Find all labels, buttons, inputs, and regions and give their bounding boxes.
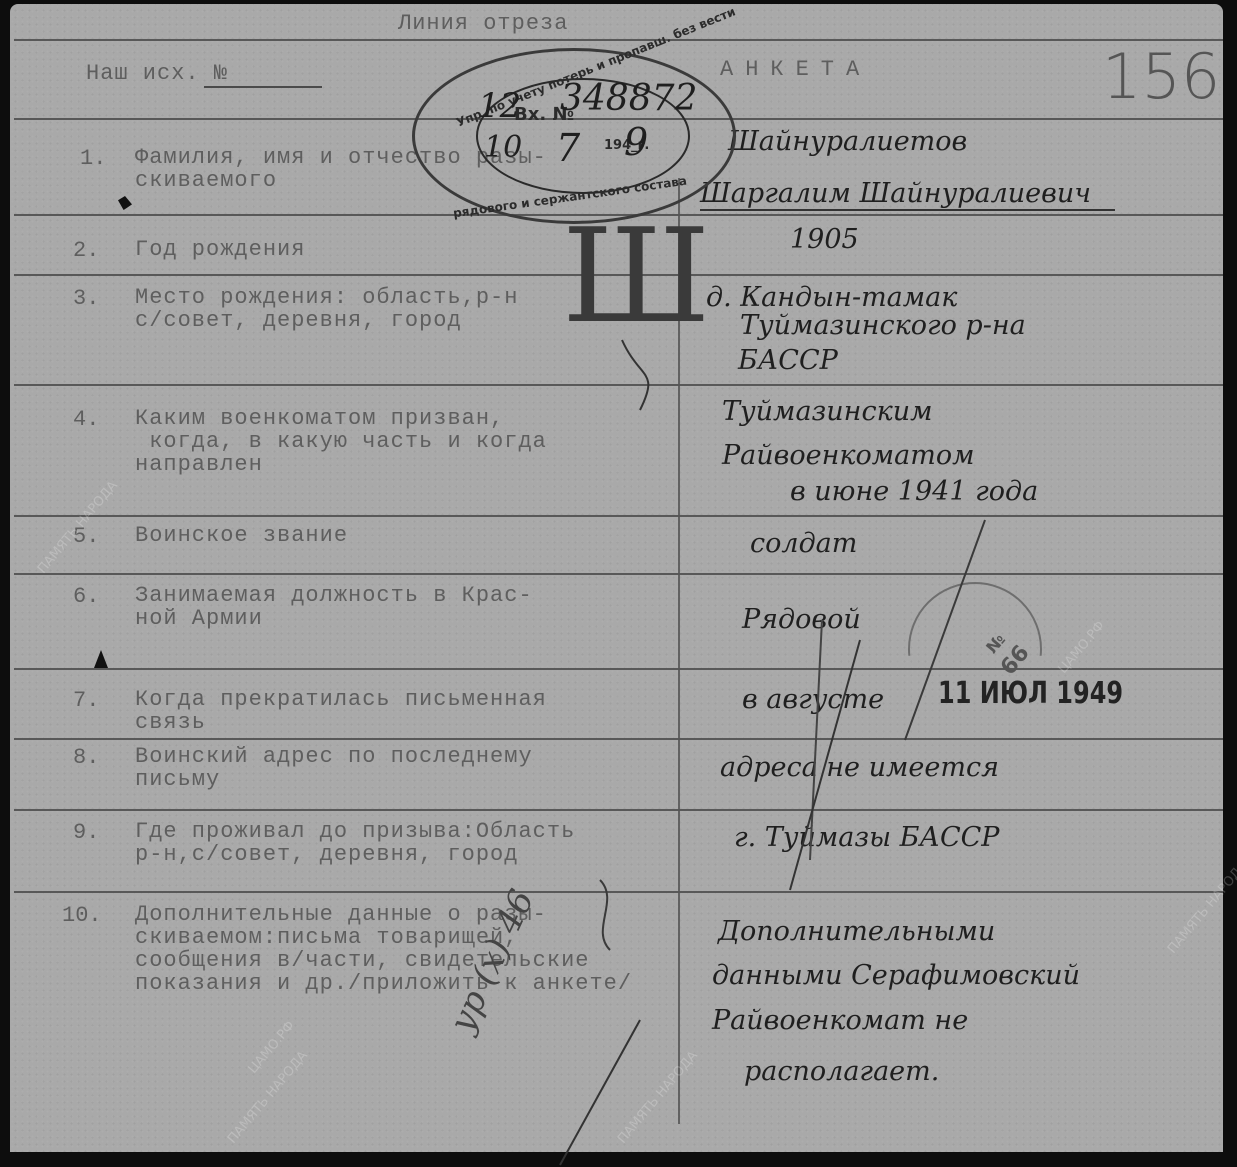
rule-line bbox=[14, 668, 1223, 670]
answer-conscription-date: в июне 1941 года bbox=[790, 476, 1038, 507]
stamp-date-day: 10 bbox=[484, 130, 522, 165]
answer-last-letter: в августе bbox=[742, 684, 884, 715]
field-label-additional-data: Дополнительные данные о разы- скиваемом:… bbox=[135, 903, 632, 995]
outgoing-number-label: Наш исх. № bbox=[86, 62, 228, 85]
field-label-rank: Воинское звание bbox=[135, 524, 348, 547]
answer-rank: солдат bbox=[750, 528, 857, 559]
answer-birth-village: д. Кандын-тамак bbox=[706, 282, 957, 313]
field-number: 1. bbox=[80, 146, 106, 171]
rule-line bbox=[14, 384, 1223, 386]
answer-military-office: Туймазинским bbox=[722, 396, 932, 427]
field-number: 10. bbox=[62, 903, 102, 928]
stamp-incoming-number: 348872 bbox=[560, 78, 697, 119]
rule-line bbox=[14, 891, 1223, 893]
field-label-birth-place: Место рождения: область,р-н с/совет, дер… bbox=[135, 286, 518, 332]
field-label-last-letter: Когда прекратилась письменная связь bbox=[135, 688, 547, 734]
rule-line bbox=[14, 738, 1223, 740]
field-number: 2. bbox=[73, 238, 99, 263]
answer-birth-district: Туймазинского р-на bbox=[740, 310, 1026, 341]
stamp-date-year: 9 bbox=[624, 120, 648, 164]
rule-line bbox=[14, 573, 1223, 575]
field-number: 6. bbox=[73, 584, 99, 609]
answer-additional-1: Дополнительными bbox=[718, 916, 995, 947]
cut-line-label: Линия отреза bbox=[398, 12, 568, 35]
stamp-date-month: 7 bbox=[556, 126, 580, 170]
field-label-birth-year: Год рождения bbox=[135, 238, 305, 261]
answer-additional-3: Райвоенкомат не bbox=[712, 1005, 968, 1036]
field-label-conscription: Каким военкоматом призван, когда, в каку… bbox=[135, 407, 547, 476]
answer-military-office-2: Райвоенкоматом bbox=[722, 440, 975, 471]
answer-additional-2: данными Серафимовский bbox=[712, 960, 1080, 991]
rule-line bbox=[14, 515, 1223, 517]
field-number: 3. bbox=[73, 286, 99, 311]
answer-birth-republic: БАССР bbox=[738, 345, 838, 376]
sheet-number: 156 bbox=[1102, 40, 1220, 113]
field-label-residence: Где проживал до призыва:Область р-н,с/со… bbox=[135, 820, 575, 866]
field-number: 7. bbox=[73, 688, 99, 713]
rule-line bbox=[14, 809, 1223, 811]
outgoing-number-blank bbox=[204, 86, 322, 88]
resolution-mark: Ш bbox=[562, 200, 710, 352]
receipt-date-stamp: 11 ИЮЛ 1949 bbox=[938, 676, 1123, 711]
answer-surname: Шайнуралиетов bbox=[728, 126, 967, 157]
answer-name-patronymic: Шаргалим Шайнуралиевич bbox=[700, 178, 1115, 211]
answer-birth-year: 1905 bbox=[790, 224, 859, 255]
field-label-position: Занимаемая должность в Крас- ной Армии bbox=[135, 584, 533, 630]
answer-additional-4: располагает. bbox=[744, 1056, 939, 1087]
rule-line bbox=[14, 39, 1223, 41]
field-number: 9. bbox=[73, 820, 99, 845]
answer-military-address: адреса не имеется bbox=[720, 752, 999, 783]
form-title: АНКЕТА bbox=[720, 58, 871, 81]
answer-residence: г. Туймазы БАССР bbox=[734, 822, 999, 853]
field-label-military-address: Воинский адрес по последнему письму bbox=[135, 745, 533, 791]
field-number: 8. bbox=[73, 745, 99, 770]
answer-position: Рядовой bbox=[742, 604, 861, 635]
field-number: 4. bbox=[73, 407, 99, 432]
